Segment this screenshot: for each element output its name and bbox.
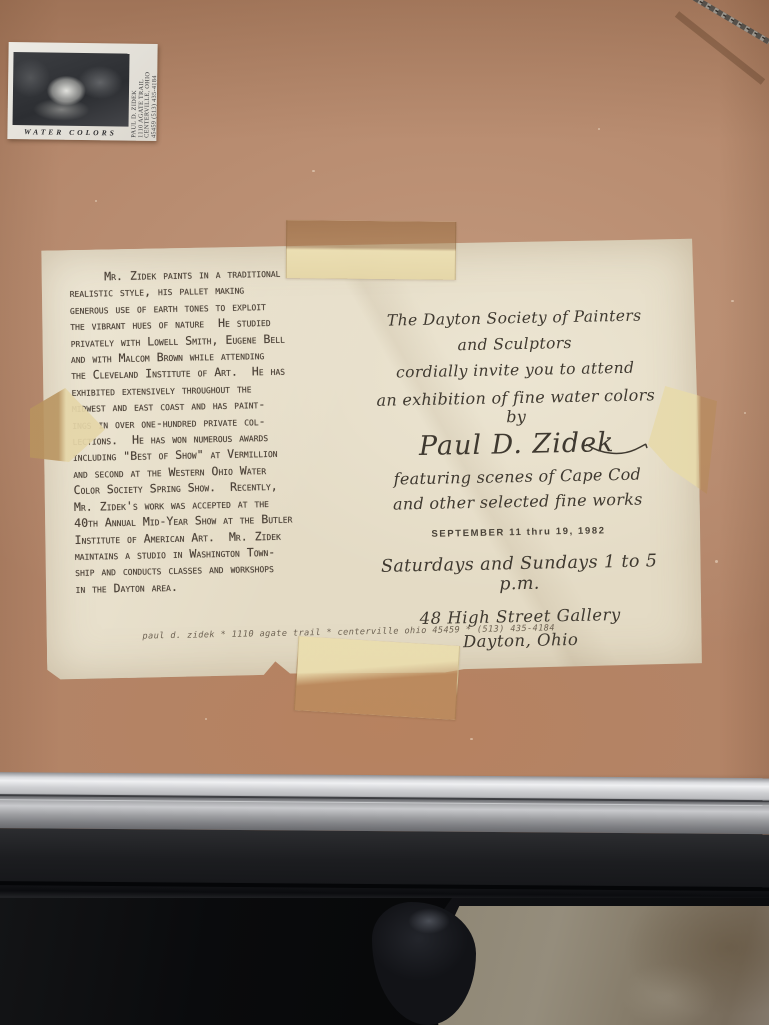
invite-cordially-line: cordially invite you to attend: [365, 358, 665, 382]
cardboard-speck: [312, 170, 315, 172]
cardboard-speck: [470, 738, 473, 740]
business-card: WATER COLORS PAUL D. ZIDEK 1110 AGATE TR…: [7, 42, 157, 141]
tape-top-piece: [286, 220, 457, 280]
hanging-wire-icon: [659, 0, 769, 90]
business-card-caption: WATER COLORS: [12, 127, 128, 138]
invite-society-line2: and Sculptors: [365, 332, 665, 356]
invite-exhibition-line: an exhibition of fine water colors by: [366, 385, 667, 429]
cardboard-speck: [715, 560, 718, 563]
shoe-lace-highlight: [408, 908, 450, 934]
cardboard-speck: [744, 412, 746, 414]
artist-bio-paragraph: Mr. Zidek paints in a traditional realis…: [69, 263, 388, 597]
invite-society-line1: The Dayton Society of Painters: [364, 306, 664, 330]
business-card-painting: [13, 52, 130, 127]
contact-line-zip-phone: 45459 (513) 435-4184: [151, 50, 159, 138]
invite-selected-works-line: and other selected fine works: [368, 489, 668, 514]
exhibition-dates: SEPTEMBER 11 thru 19, 1982: [368, 524, 668, 541]
frame-bottom-edge: [0, 772, 769, 912]
frame-gap-shadow: [0, 881, 769, 891]
artist-name-row: Paul D. Zidek: [366, 426, 667, 467]
concrete-floor: [436, 906, 769, 1025]
tape-bottom-piece: [294, 636, 460, 720]
exhibition-flyer: Mr. Zidek paints in a traditional realis…: [39, 237, 703, 680]
cardboard-speck: [598, 128, 600, 130]
invitation-block: The Dayton Society of Painters and Sculp…: [364, 306, 671, 653]
cardboard-speck: [95, 200, 97, 202]
artist-name: Paul D. Zidek: [419, 427, 615, 462]
signature-flourish-icon: [584, 440, 648, 457]
exhibition-hours: Saturdays and Sundays 1 to 5 p.m.: [369, 551, 670, 597]
business-card-contact: PAUL D. ZIDEK 1110 AGATE TRAIL CENTERVIL…: [131, 50, 158, 138]
photo-frame-back: WATER COLORS PAUL D. ZIDEK 1110 AGATE TR…: [0, 0, 769, 1025]
cardboard-speck: [731, 300, 734, 302]
cardboard-speck: [205, 718, 207, 720]
aluminum-frame-rail: [0, 772, 769, 834]
background-floor-scene: [0, 898, 769, 1025]
invite-featuring-line: featuring scenes of Cape Cod: [367, 464, 667, 489]
